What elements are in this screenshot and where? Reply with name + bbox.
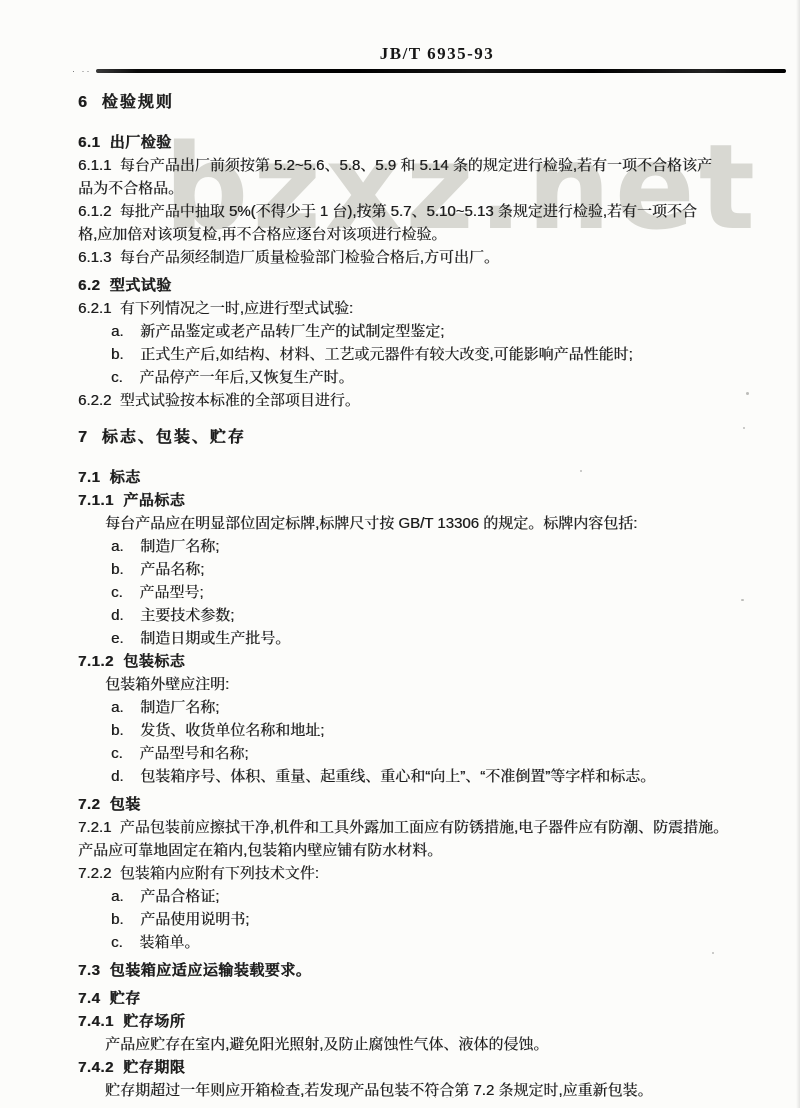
doc-line-text: 6.1.3 每台产品须经制造厂质量检验部门检验合格后,方可出厂。: [78, 246, 792, 269]
doc-line-text: 产品应可靠地固定在箱内,包装箱内壁应铺有防水材料。: [78, 839, 792, 862]
doc-line-text: 6.1.1 每台产品出厂前须按第 5.2~5.6、5.8、5.9 和 5.14 …: [78, 154, 792, 177]
doc-line-text: 7.2.1 产品包装前应擦拭干净,机件和工具外露加工面应有防锈措施,电子器件应有…: [78, 816, 792, 839]
doc-line-clause-heading: 7.1 标志: [78, 466, 792, 489]
doc-line-list-item: d. 主要技术参数;: [111, 604, 792, 627]
document-body: 6 检验规则6.1 出厂检验6.1.1 每台产品出厂前须按第 5.2~5.6、5…: [78, 91, 792, 1102]
scan-speck: [743, 427, 745, 429]
doc-line-list-item: c. 产品型号;: [111, 581, 792, 604]
doc-line-section-heading: 7 标志、包装、贮存: [78, 426, 792, 449]
doc-line-list-item: b. 产品名称;: [111, 558, 792, 581]
doc-line-list-item: a. 新产品鉴定或老产品转厂生产的试制定型鉴定;: [111, 320, 792, 343]
doc-line-text-indent: 产品应贮存在室内,避免阳光照射,及防止腐蚀性气体、液体的侵蚀。: [105, 1033, 792, 1056]
doc-line-list-item: a. 制造厂名称;: [111, 696, 792, 719]
doc-line-list-item: c. 装箱单。: [111, 931, 792, 954]
scan-edge-shade: [796, 0, 800, 1108]
doc-line-list-item: b. 发货、收货单位名称和地址;: [111, 719, 792, 742]
scan-artifact-dots: · ··: [72, 66, 92, 76]
header-divider-rule: [96, 69, 786, 73]
doc-line-clause-heading: 7.3 包装箱应适应运输装载要求。: [78, 959, 792, 982]
doc-line-text: 品为不合格品。: [78, 177, 792, 200]
doc-line-subclause-heading: 7.1.1 产品标志: [78, 489, 792, 512]
doc-line-text: 6.2.2 型式试验按本标准的全部项目进行。: [78, 389, 792, 412]
doc-line-list-item: d. 包装箱序号、体积、重量、起重线、重心和“向上”、“不准倒置”等字样和标志。: [111, 765, 792, 788]
doc-line-list-item: b. 正式生产后,如结构、材料、工艺或元器件有较大改变,可能影响产品性能时;: [111, 343, 792, 366]
doc-line-text: 7.2.2 包装箱内应附有下列技术文件:: [78, 862, 792, 885]
doc-line-list-item: a. 产品合格证;: [111, 885, 792, 908]
doc-line-clause-heading: 6.1 出厂检验: [78, 131, 792, 154]
scan-speck: [712, 952, 714, 954]
doc-line-section-heading: 6 检验规则: [78, 91, 792, 114]
scan-speck: [580, 470, 582, 472]
doc-line-list-item: e. 制造日期或生产批号。: [111, 627, 792, 650]
doc-line-list-item: a. 制造厂名称;: [111, 535, 792, 558]
doc-line-list-item: c. 产品型号和名称;: [111, 742, 792, 765]
doc-line-text-indent: 包装箱外壁应注明:: [105, 673, 792, 696]
doc-line-text: 6.2.1 有下列情况之一时,应进行型式试验:: [78, 297, 792, 320]
doc-line-subclause-heading: 7.4.1 贮存场所: [78, 1010, 792, 1033]
doc-line-clause-heading: 7.2 包装: [78, 793, 792, 816]
doc-line-clause-heading: 7.4 贮存: [78, 987, 792, 1010]
doc-line-text: 格,应加倍对该项复检,再不合格应逐台对该项进行检验。: [78, 223, 792, 246]
doc-line-clause-heading: 6.2 型式试验: [78, 274, 792, 297]
standard-number: JB/T 6935-93: [37, 44, 800, 64]
scan-artifact-dots: ·· ··: [428, 1092, 458, 1102]
doc-line-list-item: b. 产品使用说明书;: [111, 908, 792, 931]
doc-line-text-indent: 每台产品应在明显部位固定标牌,标牌尺寸按 GB/T 13306 的规定。标牌内容…: [105, 512, 792, 535]
doc-line-subclause-heading: 7.1.2 包装标志: [78, 650, 792, 673]
doc-line-list-item: c. 产品停产一年后,又恢复生产时。: [111, 366, 792, 389]
scan-speck: [741, 599, 744, 601]
scan-speck: [746, 392, 749, 395]
doc-line-text: 6.1.2 每批产品中抽取 5%(不得少于 1 台),按第 5.7、5.10~5…: [78, 200, 792, 223]
doc-line-subclause-heading: 7.4.2 贮存期限: [78, 1056, 792, 1079]
